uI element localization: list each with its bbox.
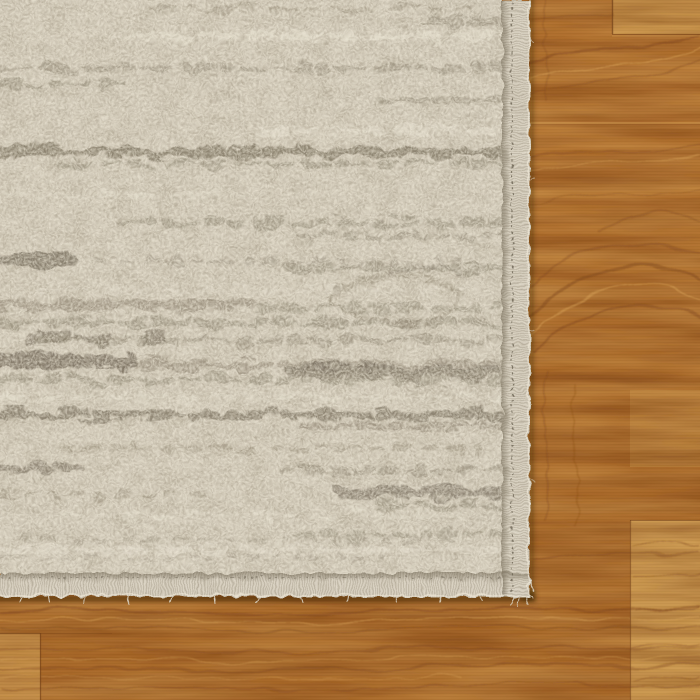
rug-pile [0, 0, 528, 574]
photo-canvas [0, 0, 700, 700]
binding-right-inner-shadow [502, 0, 510, 597]
photo: Close-up photo of the corner of a distre… [0, 0, 700, 700]
area-rug [0, 0, 535, 607]
